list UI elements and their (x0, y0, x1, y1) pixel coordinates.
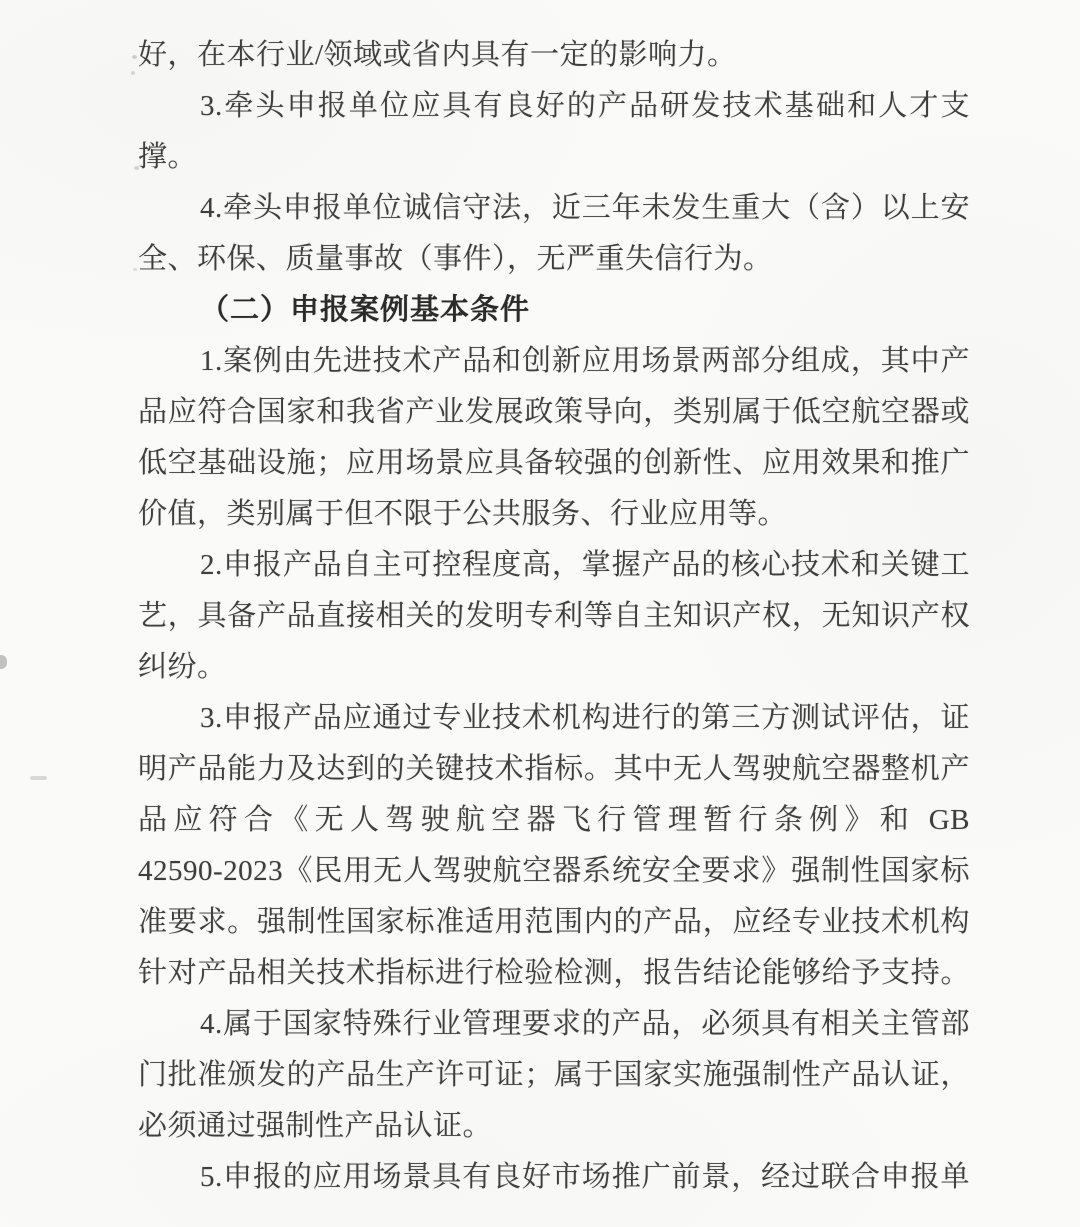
section-heading: （二）申报案例基本条件 (138, 285, 970, 336)
scan-artifact (131, 71, 135, 75)
document-page: 好，在本行业/领域或省内具有一定的影响力。3.牵头申报单位应具有良好的产品研发技… (0, 0, 1080, 1227)
scan-artifact (0, 655, 7, 669)
scan-artifact (133, 268, 137, 271)
text-line: 3.牵头申报单位应具有良好的产品研发技术基础和人才支 (138, 81, 970, 132)
text-line: 品应符合《无人驾驶航空器飞行管理暂行条例》和 GB (138, 795, 970, 846)
text-line: 准要求。强制性国家标准适用范围内的产品，应经专业技术机构 (138, 897, 970, 948)
text-line: 撑。 (138, 132, 970, 183)
document-content: 好，在本行业/领域或省内具有一定的影响力。3.牵头申报单位应具有良好的产品研发技… (138, 30, 970, 1203)
text-line: 低空基础设施；应用场景应具备较强的创新性、应用效果和推广 (138, 438, 970, 489)
scan-artifact (30, 776, 47, 780)
scan-artifact (134, 166, 139, 170)
text-line: 2.申报产品自主可控程度高，掌握产品的核心技术和关键工 (138, 540, 970, 591)
text-line: 针对产品相关技术指标进行检验检测，报告结论能够给予支持。 (138, 948, 970, 999)
text-line: 必须通过强制性产品认证。 (138, 1101, 970, 1152)
text-line: 5.申报的应用场景具有良好市场推广前景，经过联合申报单 (138, 1152, 970, 1203)
scan-artifact (132, 55, 137, 59)
text-line: 好，在本行业/领域或省内具有一定的影响力。 (138, 30, 970, 81)
text-line: 3.申报产品应通过专业技术机构进行的第三方测试评估，证 (138, 693, 970, 744)
text-line: 全、环保、质量事故（事件），无严重失信行为。 (138, 234, 970, 285)
text-line: 4.牵头申报单位诚信守法，近三年未发生重大（含）以上安 (138, 183, 970, 234)
text-line: 明产品能力及达到的关键技术指标。其中无人驾驶航空器整机产 (138, 744, 970, 795)
text-line: 纠纷。 (138, 642, 970, 693)
text-line: 艺，具备产品直接相关的发明专利等自主知识产权，无知识产权 (138, 591, 970, 642)
text-line: 1.案例由先进技术产品和创新应用场景两部分组成，其中产 (138, 336, 970, 387)
text-line: 价值，类别属于但不限于公共服务、行业应用等。 (138, 489, 970, 540)
text-line: 42590-2023《民用无人驾驶航空器系统安全要求》强制性国家标 (138, 846, 970, 897)
text-line: 品应符合国家和我省产业发展政策导向，类别属于低空航空器或 (138, 387, 970, 438)
text-line: 4.属于国家特殊行业管理要求的产品，必须具有相关主管部 (138, 999, 970, 1050)
text-line: 门批准颁发的产品生产许可证；属于国家实施强制性产品认证， (138, 1050, 970, 1101)
